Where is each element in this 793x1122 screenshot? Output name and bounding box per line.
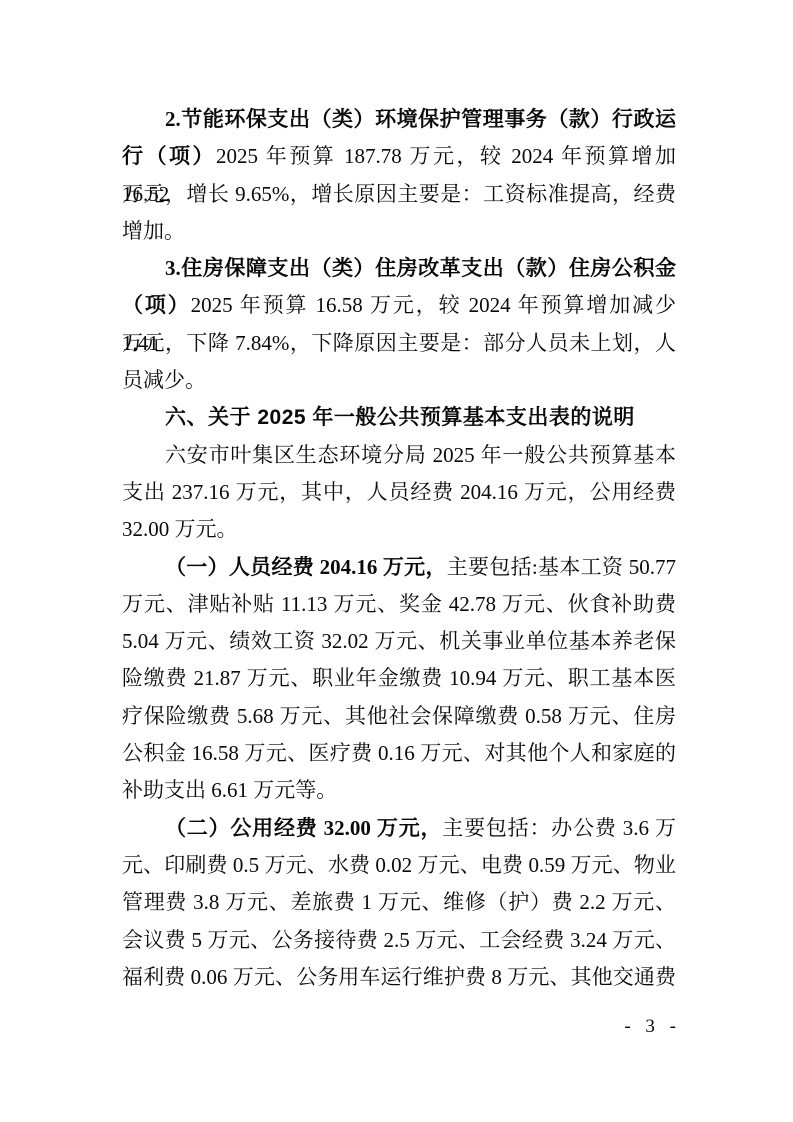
section-heading: 六、关于 2025 年一般公共预算基本支出表的说明: [122, 399, 676, 436]
text-line: 2.节能环保支出（类）环境保护管理事务（款）行政运: [122, 101, 676, 138]
text-line: 万元，下降 7.84%，下降原因主要是：部分人员未上划，人: [122, 325, 676, 362]
text-line: 万元、津贴补贴 11.13 万元、奖金 42.78 万元、伙食补助费: [122, 586, 676, 623]
text-line: 会议费 5 万元、公务接待费 2.5 万元、工会经费 3.24 万元、: [122, 922, 676, 959]
document-body: 2.节能环保支出（类）环境保护管理事务（款）行政运行（项）2025 年预算 18…: [122, 101, 676, 996]
text-run: 补助支出 6.61 万元等。: [122, 778, 337, 802]
text-line: 32.00 万元。: [122, 511, 676, 548]
text-line: 补助支出 6.61 万元等。: [122, 772, 676, 809]
text-run: 福利费 0.06 万元、公务用车运行维护费 8 万元、其他交通费: [122, 965, 676, 989]
text-run: 公积金 16.58 万元、医疗费 0.16 万元、对其他个人和家庭的: [122, 741, 676, 765]
text-line: 疗保险缴费 5.68 万元、其他社会保障缴费 0.58 万元、住房: [122, 698, 676, 735]
text-run: 元、印刷费 0.5 万元、水费 0.02 万元、电费 0.59 万元、物业: [122, 853, 676, 877]
text-run: 5.04 万元、绩效工资 32.02 万元、机关事业单位基本养老保: [122, 629, 676, 653]
text-line: （项）2025 年预算 16.58 万元，较 2024 年预算增加减少 1.41: [122, 287, 676, 324]
text-line: （一）人员经费 204.16 万元，主要包括:基本工资 50.77: [122, 549, 676, 586]
text-line: 3.住房保障支出（类）住房改革支出（款）住房公积金: [122, 250, 676, 287]
page-number: - 3 -: [624, 1016, 681, 1038]
text-line: 行（项）2025 年预算 187.78 万元，较 2024 年预算增加 16.5…: [122, 138, 676, 175]
text-line: 公积金 16.58 万元、医疗费 0.16 万元、对其他个人和家庭的: [122, 735, 676, 772]
document-page: 2.节能环保支出（类）环境保护管理事务（款）行政运行（项）2025 年预算 18…: [0, 0, 793, 1122]
text-run: （二）公用经费 32.00 万元，: [165, 816, 442, 840]
text-line: 员减少。: [122, 362, 676, 399]
text-run: 主要包括:基本工资 50.77: [447, 555, 676, 579]
text-run: 会议费 5 万元、公务接待费 2.5 万元、工会经费 3.24 万元、: [122, 928, 676, 952]
text-run: （一）人员经费 204.16 万元，: [165, 555, 447, 579]
text-line: 增加。: [122, 213, 676, 250]
text-run: 疗保险缴费 5.68 万元、其他社会保障缴费 0.58 万元、住房: [122, 704, 676, 728]
text-run: 员减少。: [122, 368, 206, 392]
text-line: 六安市叶集区生态环境分局 2025 年一般公共预算基本: [122, 437, 676, 474]
text-run: 六安市叶集区生态环境分局 2025 年一般公共预算基本: [165, 443, 676, 467]
text-run: 2.节能环保支出（类）环境保护管理事务（款）行政运: [165, 107, 676, 131]
text-line: （二）公用经费 32.00 万元，主要包括：办公费 3.6 万: [122, 810, 676, 847]
text-line: 万元，增长 9.65%，增长原因主要是：工资标准提高，经费: [122, 176, 676, 213]
text-line: 险缴费 21.87 万元、职业年金缴费 10.94 万元、职工基本医: [122, 660, 676, 697]
text-run: 险缴费 21.87 万元、职业年金缴费 10.94 万元、职工基本医: [122, 666, 676, 690]
text-run: 3.住房保障支出（类）住房改革支出（款）住房公积金: [165, 256, 676, 280]
text-run: 增加。: [122, 219, 185, 243]
text-run: 管理费 3.8 万元、差旅费 1 万元、维修（护）费 2.2 万元、: [122, 890, 676, 914]
text-line: 管理费 3.8 万元、差旅费 1 万元、维修（护）费 2.2 万元、: [122, 884, 676, 921]
text-line: 元、印刷费 0.5 万元、水费 0.02 万元、电费 0.59 万元、物业: [122, 847, 676, 884]
text-line: 5.04 万元、绩效工资 32.02 万元、机关事业单位基本养老保: [122, 623, 676, 660]
text-run: 万元，增长 9.65%，增长原因主要是：工资标准提高，经费: [122, 182, 676, 206]
text-run: 万元、津贴补贴 11.13 万元、奖金 42.78 万元、伙食补助费: [122, 592, 676, 616]
text-line: 支出 237.16 万元，其中，人员经费 204.16 万元，公用经费: [122, 474, 676, 511]
text-run: 主要包括：办公费 3.6 万: [442, 816, 676, 840]
text-run: 支出 237.16 万元，其中，人员经费 204.16 万元，公用经费: [122, 480, 676, 504]
text-run: 32.00 万元。: [122, 517, 238, 541]
text-run: 行（项）: [122, 144, 216, 168]
text-run: 万元，下降 7.84%，下降原因主要是：部分人员未上划，人: [122, 331, 676, 355]
text-run: （项）: [122, 293, 191, 317]
text-line: 福利费 0.06 万元、公务用车运行维护费 8 万元、其他交通费: [122, 959, 676, 996]
text-run: 六、关于 2025 年一般公共预算基本支出表的说明: [165, 406, 635, 429]
